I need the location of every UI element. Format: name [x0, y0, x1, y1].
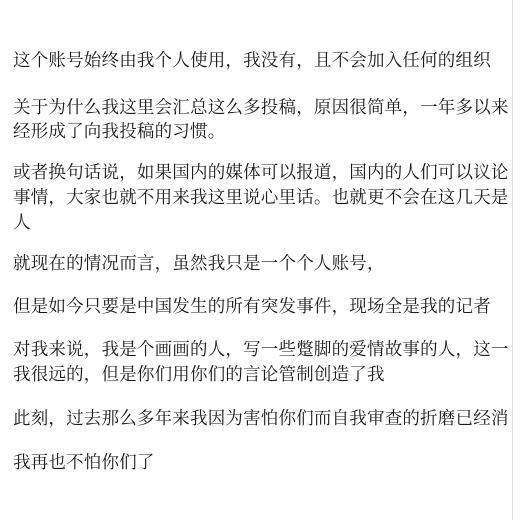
paragraph-2-line-2: 经形成了向我投稿的习惯。 [13, 121, 225, 143]
paragraph-4-line-1: 就现在的情况而言，虽然我只是一个个人账号， [13, 253, 385, 275]
paragraph-3-line-2: 事情，大家也就不用来我这里说心里话。也就更不会在这几天是 [13, 187, 509, 209]
paragraph-1-line-1: 这个账号始终由我个人使用，我没有，且不会加入任何的组织 [13, 50, 491, 72]
paragraph-6-line-1: 对我来说，我是个画画的人，写一些蹩脚的爱情故事的人，这一 [13, 339, 509, 361]
document-page: 这个账号始终由我个人使用，我没有，且不会加入任何的组织 关于为什么我这里会汇总这… [0, 0, 520, 520]
paragraph-8-line-1: 我再也不怕你们了 [13, 452, 155, 474]
paragraph-3-line-1: 或者换句话说，如果国内的媒体可以报道，国内的人们可以议论 [13, 162, 509, 184]
right-edge-divider [512, 0, 513, 520]
paragraph-5-line-1: 但是如今只要是中国发生的所有突发事件，现场全是我的记者 [13, 296, 491, 318]
paragraph-3-line-3: 人 [13, 212, 31, 234]
paragraph-7-line-1: 此刻，过去那么多年来我因为害怕你们而自我审查的折磨已经消 [13, 408, 509, 430]
paragraph-2-line-1: 关于为什么我这里会汇总这么多投稿，原因很简单，一年多以来 [13, 97, 509, 119]
paragraph-6-line-2: 我很远的，但是你们用你们的言论管制创造了我 [13, 364, 385, 386]
